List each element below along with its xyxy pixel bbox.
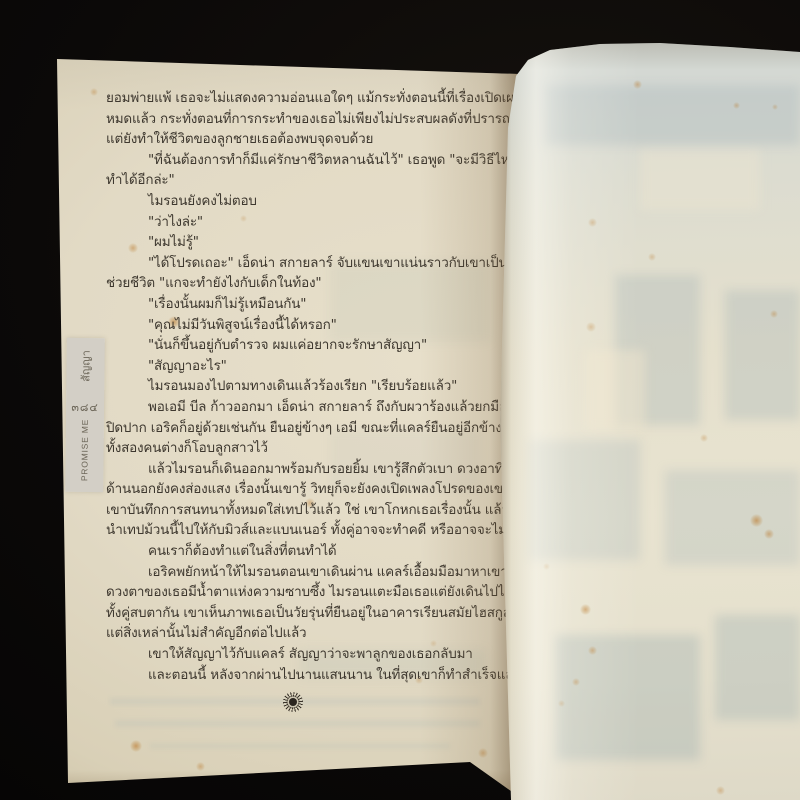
margin-title-english: PROMISE ME (79, 419, 90, 481)
sunburst-center (289, 698, 297, 706)
foxing-stain (716, 786, 725, 795)
sunburst-ornament-icon (283, 692, 303, 712)
book-photo: ยอมพ่ายแพ้ เธอจะไม่แสดงความอ่อนแอใดๆ แม้… (0, 0, 800, 800)
foxing-stain (772, 104, 778, 110)
show-through-patch (665, 470, 800, 565)
margin-header: สัญญา ๓๘๔ PROMISE ME (65, 338, 105, 492)
foxing-stain (90, 88, 98, 96)
foxing-stain (770, 310, 778, 318)
foxing-stain (700, 434, 708, 442)
foxing-stain (648, 253, 656, 261)
show-through-patch (725, 290, 800, 420)
foxing-stain (130, 740, 142, 752)
foxing-stain (750, 514, 763, 527)
show-through-line (150, 743, 450, 749)
page-curl-highlight (510, 0, 640, 800)
margin-page-number: ๓๘๔ (71, 398, 99, 416)
show-through-patch (640, 150, 760, 210)
foxing-stain (345, 768, 354, 777)
foxing-stain (764, 529, 774, 539)
show-through-patch (715, 615, 800, 720)
margin-title-thai: สัญญา (76, 350, 94, 382)
foxing-stain (733, 102, 740, 109)
